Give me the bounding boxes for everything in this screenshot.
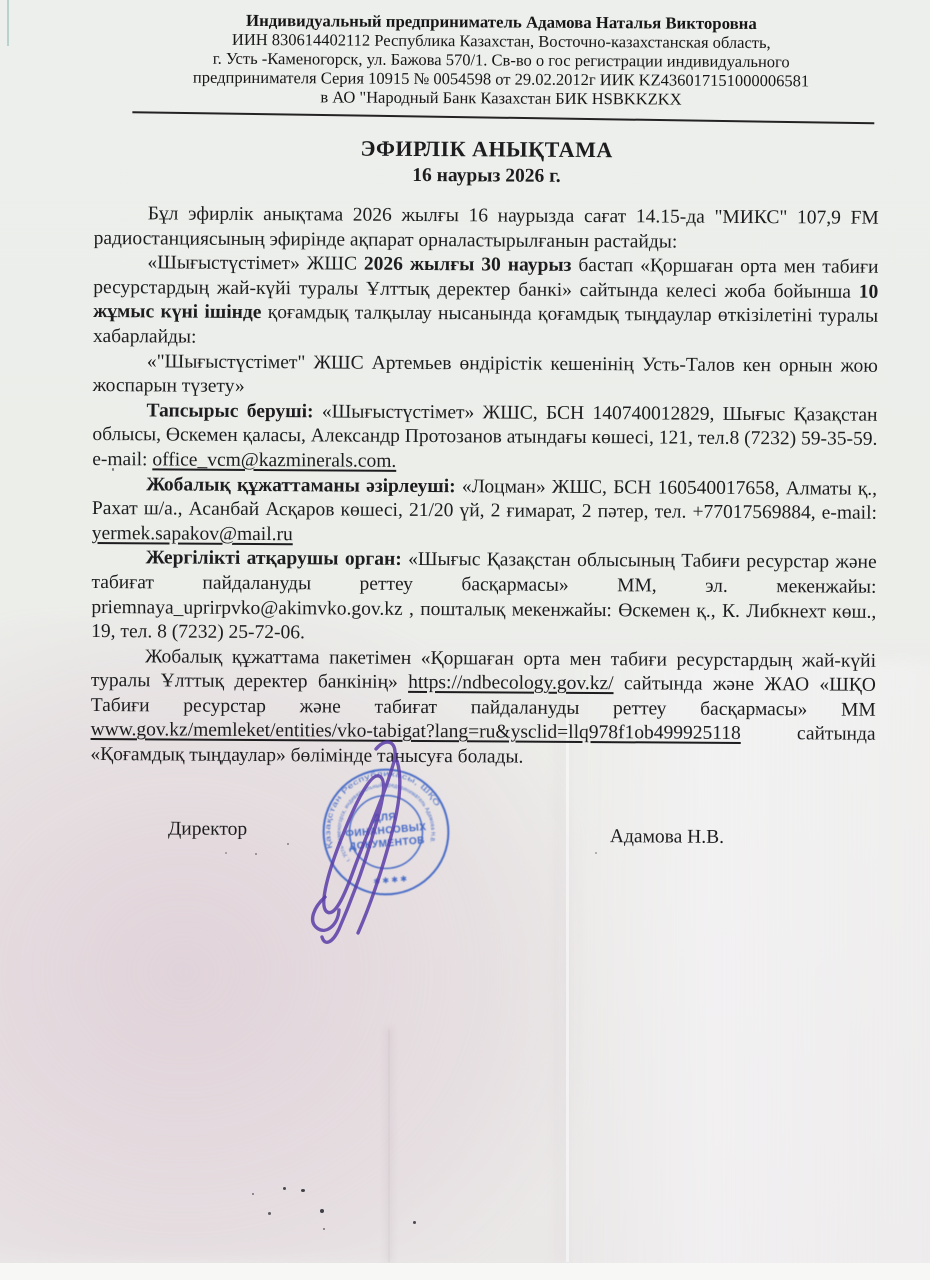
scan-speckle	[268, 1212, 271, 1215]
scan-speckle	[287, 843, 289, 845]
text-segment: Тапсырыс беруші:	[146, 400, 313, 422]
handwritten-signature	[280, 735, 580, 955]
link-text[interactable]: office_vcm@kazminerals.com.	[152, 449, 396, 471]
document-date: 16 наурыз 2026 г.	[94, 163, 879, 190]
scan-edge-artifact	[7, 0, 9, 46]
paper-crease	[388, 1030, 390, 1262]
link-text[interactable]: yermek.sapakov@mail.ru	[92, 523, 293, 545]
letterhead: Индивидуальный предприниматель Адамова Н…	[108, 10, 894, 110]
title-block: ЭФИРЛІК АНЫҚТАМА 16 наурыз 2026 г.	[94, 134, 879, 190]
scan-speckle	[320, 1209, 324, 1213]
link-text[interactable]: https://ndbecology.gov.kz/	[408, 672, 614, 694]
paragraph: Бұл эфирлік анықтама 2026 жылғы 16 науры…	[94, 202, 879, 256]
text-segment: Жобалық құжаттаманы әзірлеуші:	[146, 474, 456, 497]
scan-speckle	[595, 852, 597, 854]
paragraph: Тапсырыс беруші: «Шығыстүстімет» ЖШС, БС…	[92, 399, 877, 478]
signature-role-label: Директор	[168, 818, 247, 840]
scan-speckle	[252, 1193, 254, 1195]
scan-speckle	[283, 1187, 286, 1190]
signature-stroke	[322, 742, 395, 942]
paragraph: «"Шығыстүстімет" ЖШС Артемьев өндірістік…	[93, 350, 878, 404]
scanned-document-page: Индивидуальный предприниматель Адамова Н…	[0, 0, 930, 1280]
signatory-name: Адамова Н.В.	[610, 826, 724, 849]
paragraph: Жергілікті атқарушы орган: «Шығыс Қазақс…	[91, 546, 877, 649]
text-segment: «"Шығыстүстімет" ЖШС Артемьев өндірістік…	[93, 351, 878, 397]
document-body: Бұл эфирлік анықтама 2026 жылғы 16 науры…	[90, 202, 878, 772]
text-segment: Бұл эфирлік анықтама 2026 жылғы 16 науры…	[94, 203, 879, 252]
paragraph: Жобалық құжаттаманы әзірлеуші: «Лоцман» …	[92, 473, 877, 552]
scan-speckle	[301, 1189, 305, 1192]
signature-stroke	[313, 897, 339, 930]
scan-speckle	[323, 1228, 325, 1230]
letterhead-divider-rule	[132, 111, 874, 124]
scan-speckle	[112, 468, 114, 471]
scan-speckle	[255, 853, 257, 855]
scanner-edge	[0, 1263, 930, 1280]
text-segment: Жергілікті атқарушы орган:	[146, 548, 402, 571]
scan-speckle	[225, 852, 227, 854]
paragraph: «Шығыстүстімет» ЖШС 2026 жылғы 30 наурыз…	[93, 251, 879, 354]
document-title: ЭФИРЛІК АНЫҚТАМА	[94, 134, 879, 165]
scan-speckle	[413, 1221, 416, 1224]
text-segment: 2026 жылғы 30 наурыз	[364, 254, 572, 276]
text-segment: «Шығыстүстімет» ЖШС	[147, 253, 364, 275]
